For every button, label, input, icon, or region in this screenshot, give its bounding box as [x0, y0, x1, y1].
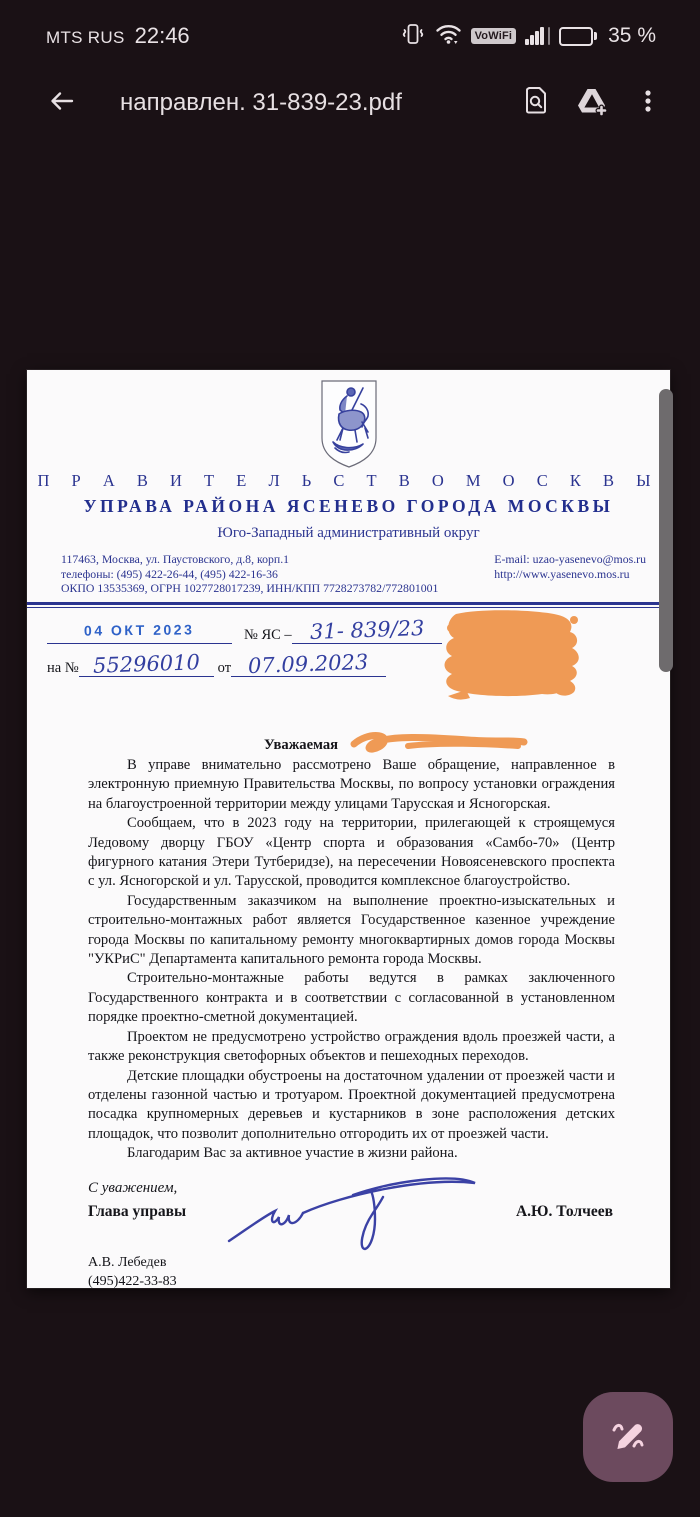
- signer-name: А.Ю. Толчеев: [516, 1202, 615, 1221]
- moscow-coat-of-arms: [317, 378, 381, 475]
- paragraphs-container: В управе внимательно рассмотрено Ваше об…: [88, 756, 615, 1164]
- stylus-signature-icon: [606, 1413, 650, 1462]
- body-paragraph: Сообщаем, что в 2023 году на территории,…: [88, 814, 615, 892]
- clock: 22:46: [135, 23, 190, 49]
- date-stamp-field: 04 ОКТ 2023: [47, 622, 232, 644]
- registry-line: ОКПО 13535369, ОГРН 1027728017239, ИНН/К…: [61, 581, 438, 596]
- letter-body: Уважаемая В управе внимательно рассмотре…: [88, 730, 615, 1291]
- letterhead-government: П Р А В И Т Е Л Ь С Т В О М О С К В Ы: [27, 471, 670, 491]
- phones-line: телефоны: (495) 422-26-44, (495) 422-16-…: [61, 567, 438, 582]
- executor-phone: (495)422-33-83: [88, 1272, 615, 1291]
- reference-line-2: на №55296010 от07.09.2023: [47, 652, 386, 684]
- reply-date-field: 07.09.2023: [231, 652, 386, 677]
- app-bar: направлен. 31-839-23.pdf: [0, 72, 700, 134]
- find-in-file-icon: [521, 86, 551, 121]
- status-bar: MTS RUS 22:46 VoWiFi: [0, 0, 700, 62]
- salutation-line: Уважаемая: [88, 730, 615, 756]
- add-to-drive-button[interactable]: [568, 79, 616, 127]
- outgoing-number-handwritten: 31- 839/23: [309, 616, 424, 644]
- outgoing-number-field: 31- 839/23: [292, 618, 442, 644]
- contacts-right-column: E-mail: uzao-yasenevo@mos.ru http://www.…: [494, 552, 646, 596]
- reply-number-handwritten: 55296010: [92, 650, 200, 678]
- battery-icon: [559, 27, 597, 46]
- signal-strength-icon: [525, 27, 550, 45]
- reply-date-handwritten: 07.09.2023: [248, 650, 369, 678]
- executor-block: А.В. Лебедев (495)422-33-83: [88, 1253, 615, 1291]
- closing-row: С уважением, Глава управы А.Ю. Толчеев: [88, 1179, 615, 1222]
- letterhead-contacts: 117463, Москва, ул. Паустовского, д.8, к…: [61, 552, 646, 596]
- date-stamp: 04 ОКТ 2023: [84, 621, 195, 638]
- document-title: направлен. 31-839-23.pdf: [120, 89, 504, 117]
- salutation-text: Уважаемая: [264, 737, 338, 753]
- back-button[interactable]: [38, 79, 86, 127]
- scrollbar-thumb[interactable]: [659, 389, 673, 672]
- handwritten-signature: [223, 1165, 488, 1259]
- website-line: http://www.yasenevo.mos.ru: [494, 567, 646, 582]
- address-line: 117463, Москва, ул. Паустовского, д.8, к…: [61, 552, 438, 567]
- body-paragraph: Государственным заказчиком на выполнение…: [88, 892, 615, 970]
- reply-number-field: 55296010: [79, 652, 214, 677]
- reply-number-prefix: на №: [47, 660, 79, 676]
- body-paragraph: Благодарим Вас за активное участие в жиз…: [88, 1144, 615, 1163]
- letterhead-uprava: УПРАВА РАЙОНА ЯСЕНЕВО ГОРОДА МОСКВЫ: [27, 496, 670, 517]
- vowifi-badge: VoWiFi: [471, 28, 517, 44]
- contacts-left-column: 117463, Москва, ул. Паустовского, д.8, к…: [61, 552, 438, 596]
- position-line: Глава управы: [88, 1202, 186, 1221]
- annotate-fab[interactable]: [583, 1392, 673, 1482]
- reference-line-1: 04 ОКТ 2023№ ЯС –31- 839/23: [47, 618, 442, 648]
- reply-from-label: от: [218, 660, 231, 676]
- executor-name: А.В. Лебедев: [88, 1253, 615, 1272]
- back-arrow-icon: [48, 87, 76, 120]
- body-paragraph: Проектом не предусмотрено устройство огр…: [88, 1028, 615, 1067]
- body-paragraph: В управе внимательно рассмотрено Ваше об…: [88, 756, 615, 814]
- body-paragraph: Детские площадки обустроены на достаточн…: [88, 1067, 615, 1145]
- closing-left: С уважением, Глава управы: [88, 1179, 186, 1222]
- add-to-drive-icon: [576, 86, 608, 121]
- battery-percent-label: 35 %: [608, 24, 656, 48]
- find-in-file-button[interactable]: [512, 79, 560, 127]
- vibrate-icon: [400, 21, 426, 52]
- email-line: E-mail: uzao-yasenevo@mos.ru: [494, 552, 646, 567]
- redaction-scribble-addressee: [442, 608, 592, 707]
- regards-line: С уважением,: [88, 1179, 186, 1198]
- phone-screen: MTS RUS 22:46 VoWiFi: [0, 0, 700, 1517]
- pdf-page: П Р А В И Т Е Л Ь С Т В О М О С К В Ы УП…: [27, 370, 670, 1288]
- outgoing-number-prefix: № ЯС –: [244, 627, 292, 643]
- body-paragraph: Строительно-монтажные работы ведутся в р…: [88, 969, 615, 1027]
- overflow-menu-icon: [635, 88, 661, 119]
- carrier-label: MTS RUS: [46, 28, 125, 48]
- pdf-viewport[interactable]: П Р А В И Т Е Л Ь С Т В О М О С К В Ы УП…: [0, 134, 700, 1517]
- letterhead-district: Юго-Западный административный округ: [27, 525, 670, 542]
- overflow-menu-button[interactable]: [624, 79, 672, 127]
- wifi-icon: [435, 22, 462, 51]
